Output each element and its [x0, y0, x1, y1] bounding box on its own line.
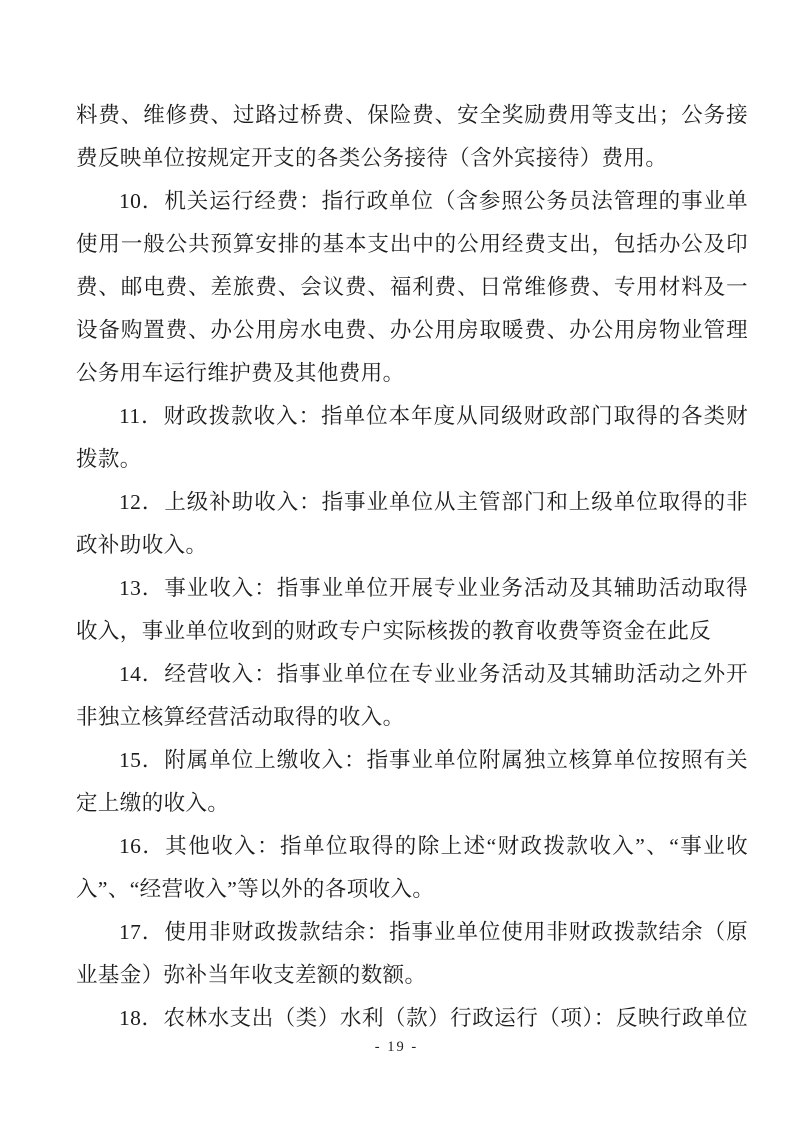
- document-body: 料费、维修费、过路过桥费、保险费、安全奖励费用等支出；公务接待 费反映单位按规定…: [76, 94, 748, 1040]
- text-line: 定上缴的收入。: [76, 782, 748, 825]
- text-line: 非独立核算经营活动取得的收入。: [76, 696, 748, 739]
- page-number: - 19 -: [0, 1036, 793, 1058]
- text-line: 入”、“经营收入”等以外的各项收入。: [76, 868, 748, 911]
- text-line: 收入，事业单位收到的财政专户实际核拨的教育收费等资金在此反映。: [76, 610, 748, 653]
- text-line: 拨款。: [76, 438, 748, 481]
- text-line: 17．使用非财政拨款结余：指事业单位使用非财政拨款结余（原事: [76, 911, 748, 954]
- text-line: 14．经营收入：指事业单位在专业业务活动及其辅助活动之外开展: [76, 653, 748, 696]
- text-line: 政补助收入。: [76, 524, 748, 567]
- text-line: 料费、维修费、过路过桥费、保险费、安全奖励费用等支出；公务接待: [76, 94, 748, 137]
- text-line: 10．机关运行经费：指行政单位（含参照公务员法管理的事业单位）: [76, 180, 748, 223]
- text-line: 11．财政拨款收入：指单位本年度从同级财政部门取得的各类财政: [76, 395, 748, 438]
- text-line: 16．其他收入：指单位取得的除上述“财政拨款收入”、“事业收: [76, 825, 748, 868]
- text-line: 费反映单位按规定开支的各类公务接待（含外宾接待）费用。: [76, 137, 748, 180]
- text-line: 13．事业收入：指事业单位开展专业业务活动及其辅助活动取得的: [76, 567, 748, 610]
- text-line: 设备购置费、办公用房水电费、办公用房取暖费、办公用房物业管理费、: [76, 309, 748, 352]
- text-line: 费、邮电费、差旅费、会议费、福利费、日常维修费、专用材料及一般: [76, 266, 748, 309]
- text-line: 业基金）弥补当年收支差额的数额。: [76, 954, 748, 997]
- text-line: 使用一般公共预算安排的基本支出中的公用经费支出，包括办公及印刷: [76, 223, 748, 266]
- text-line: 12．上级补助收入：指事业单位从主管部门和上级单位取得的非财: [76, 481, 748, 524]
- text-line: 15．附属单位上缴收入：指事业单位附属独立核算单位按照有关规: [76, 739, 748, 782]
- document-page: 料费、维修费、过路过桥费、保险费、安全奖励费用等支出；公务接待 费反映单位按规定…: [0, 0, 793, 1122]
- text-line: 公务用车运行维护费及其他费用。: [76, 352, 748, 395]
- text-line: 18．农林水支出（类）水利（款）行政运行（项）：反映行政单位（包: [76, 997, 748, 1040]
